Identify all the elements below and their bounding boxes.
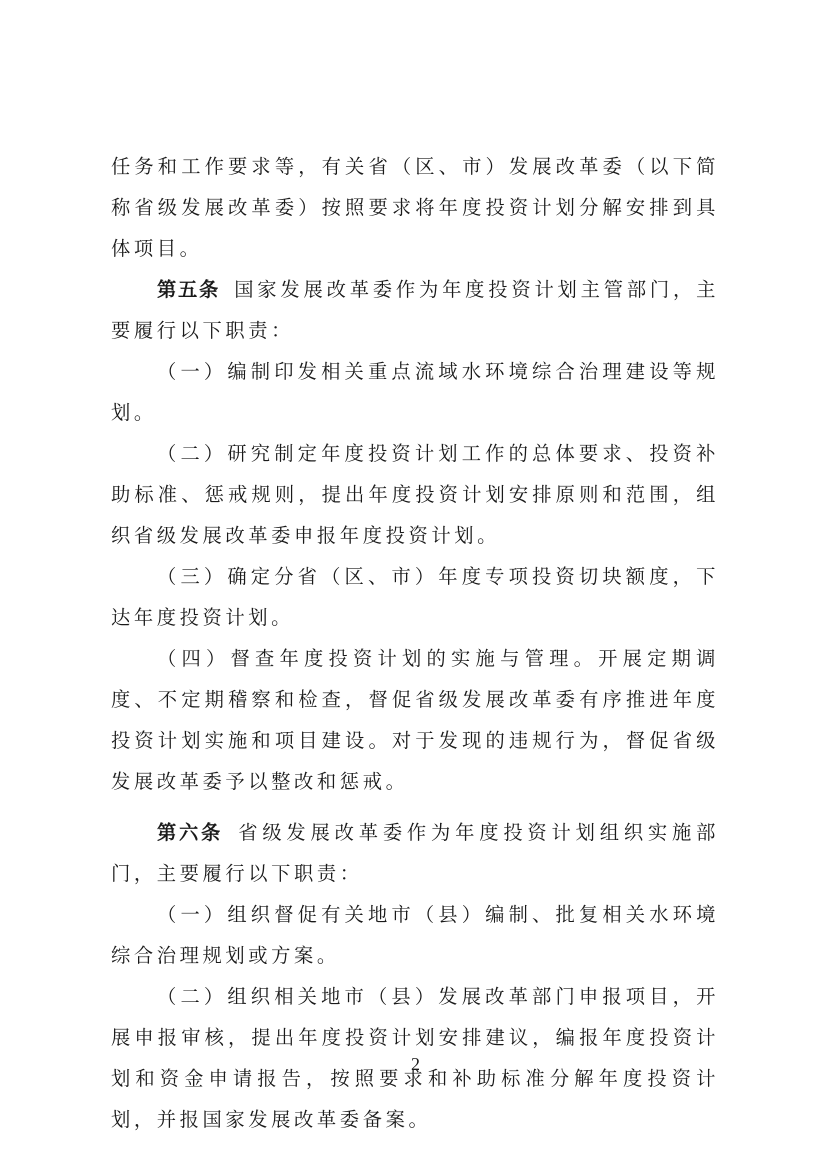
article-6-item-1: （一）组织督促有关地市（县）编制、批复相关水环境综合治理规划或方案。 bbox=[111, 894, 719, 976]
document-page: 任务和工作要求等，有关省（区、市）发展改革委（以下简称省级发展改革委）按照要求将… bbox=[111, 146, 719, 1140]
page-number: 2 bbox=[0, 1054, 831, 1075]
article-5-item-1: （一）编制印发相关重点流域水环境综合治理建设等规划。 bbox=[111, 351, 719, 433]
article-6-paragraph: 第六条省级发展改革委作为年度投资计划组织实施部门，主要履行以下职责： bbox=[111, 812, 719, 894]
article-number: 第五条 bbox=[157, 278, 220, 301]
article-5-item-4: （四）督查年度投资计划的实施与管理。开展定期调度、不定期稽察和检查，督促省级发展… bbox=[111, 638, 719, 802]
article-5-item-2: （二）研究制定年度投资计划工作的总体要求、投资补助标准、惩戒规则，提出年度投资计… bbox=[111, 433, 719, 556]
continuation-paragraph: 任务和工作要求等，有关省（区、市）发展改革委（以下简称省级发展改革委）按照要求将… bbox=[111, 146, 719, 269]
article-number: 第六条 bbox=[157, 821, 223, 844]
article-5-paragraph: 第五条国家发展改革委作为年度投资计划主管部门，主要履行以下职责： bbox=[111, 269, 719, 351]
article-5-item-3: （三）确定分省（区、市）年度专项投资切块额度，下达年度投资计划。 bbox=[111, 556, 719, 638]
